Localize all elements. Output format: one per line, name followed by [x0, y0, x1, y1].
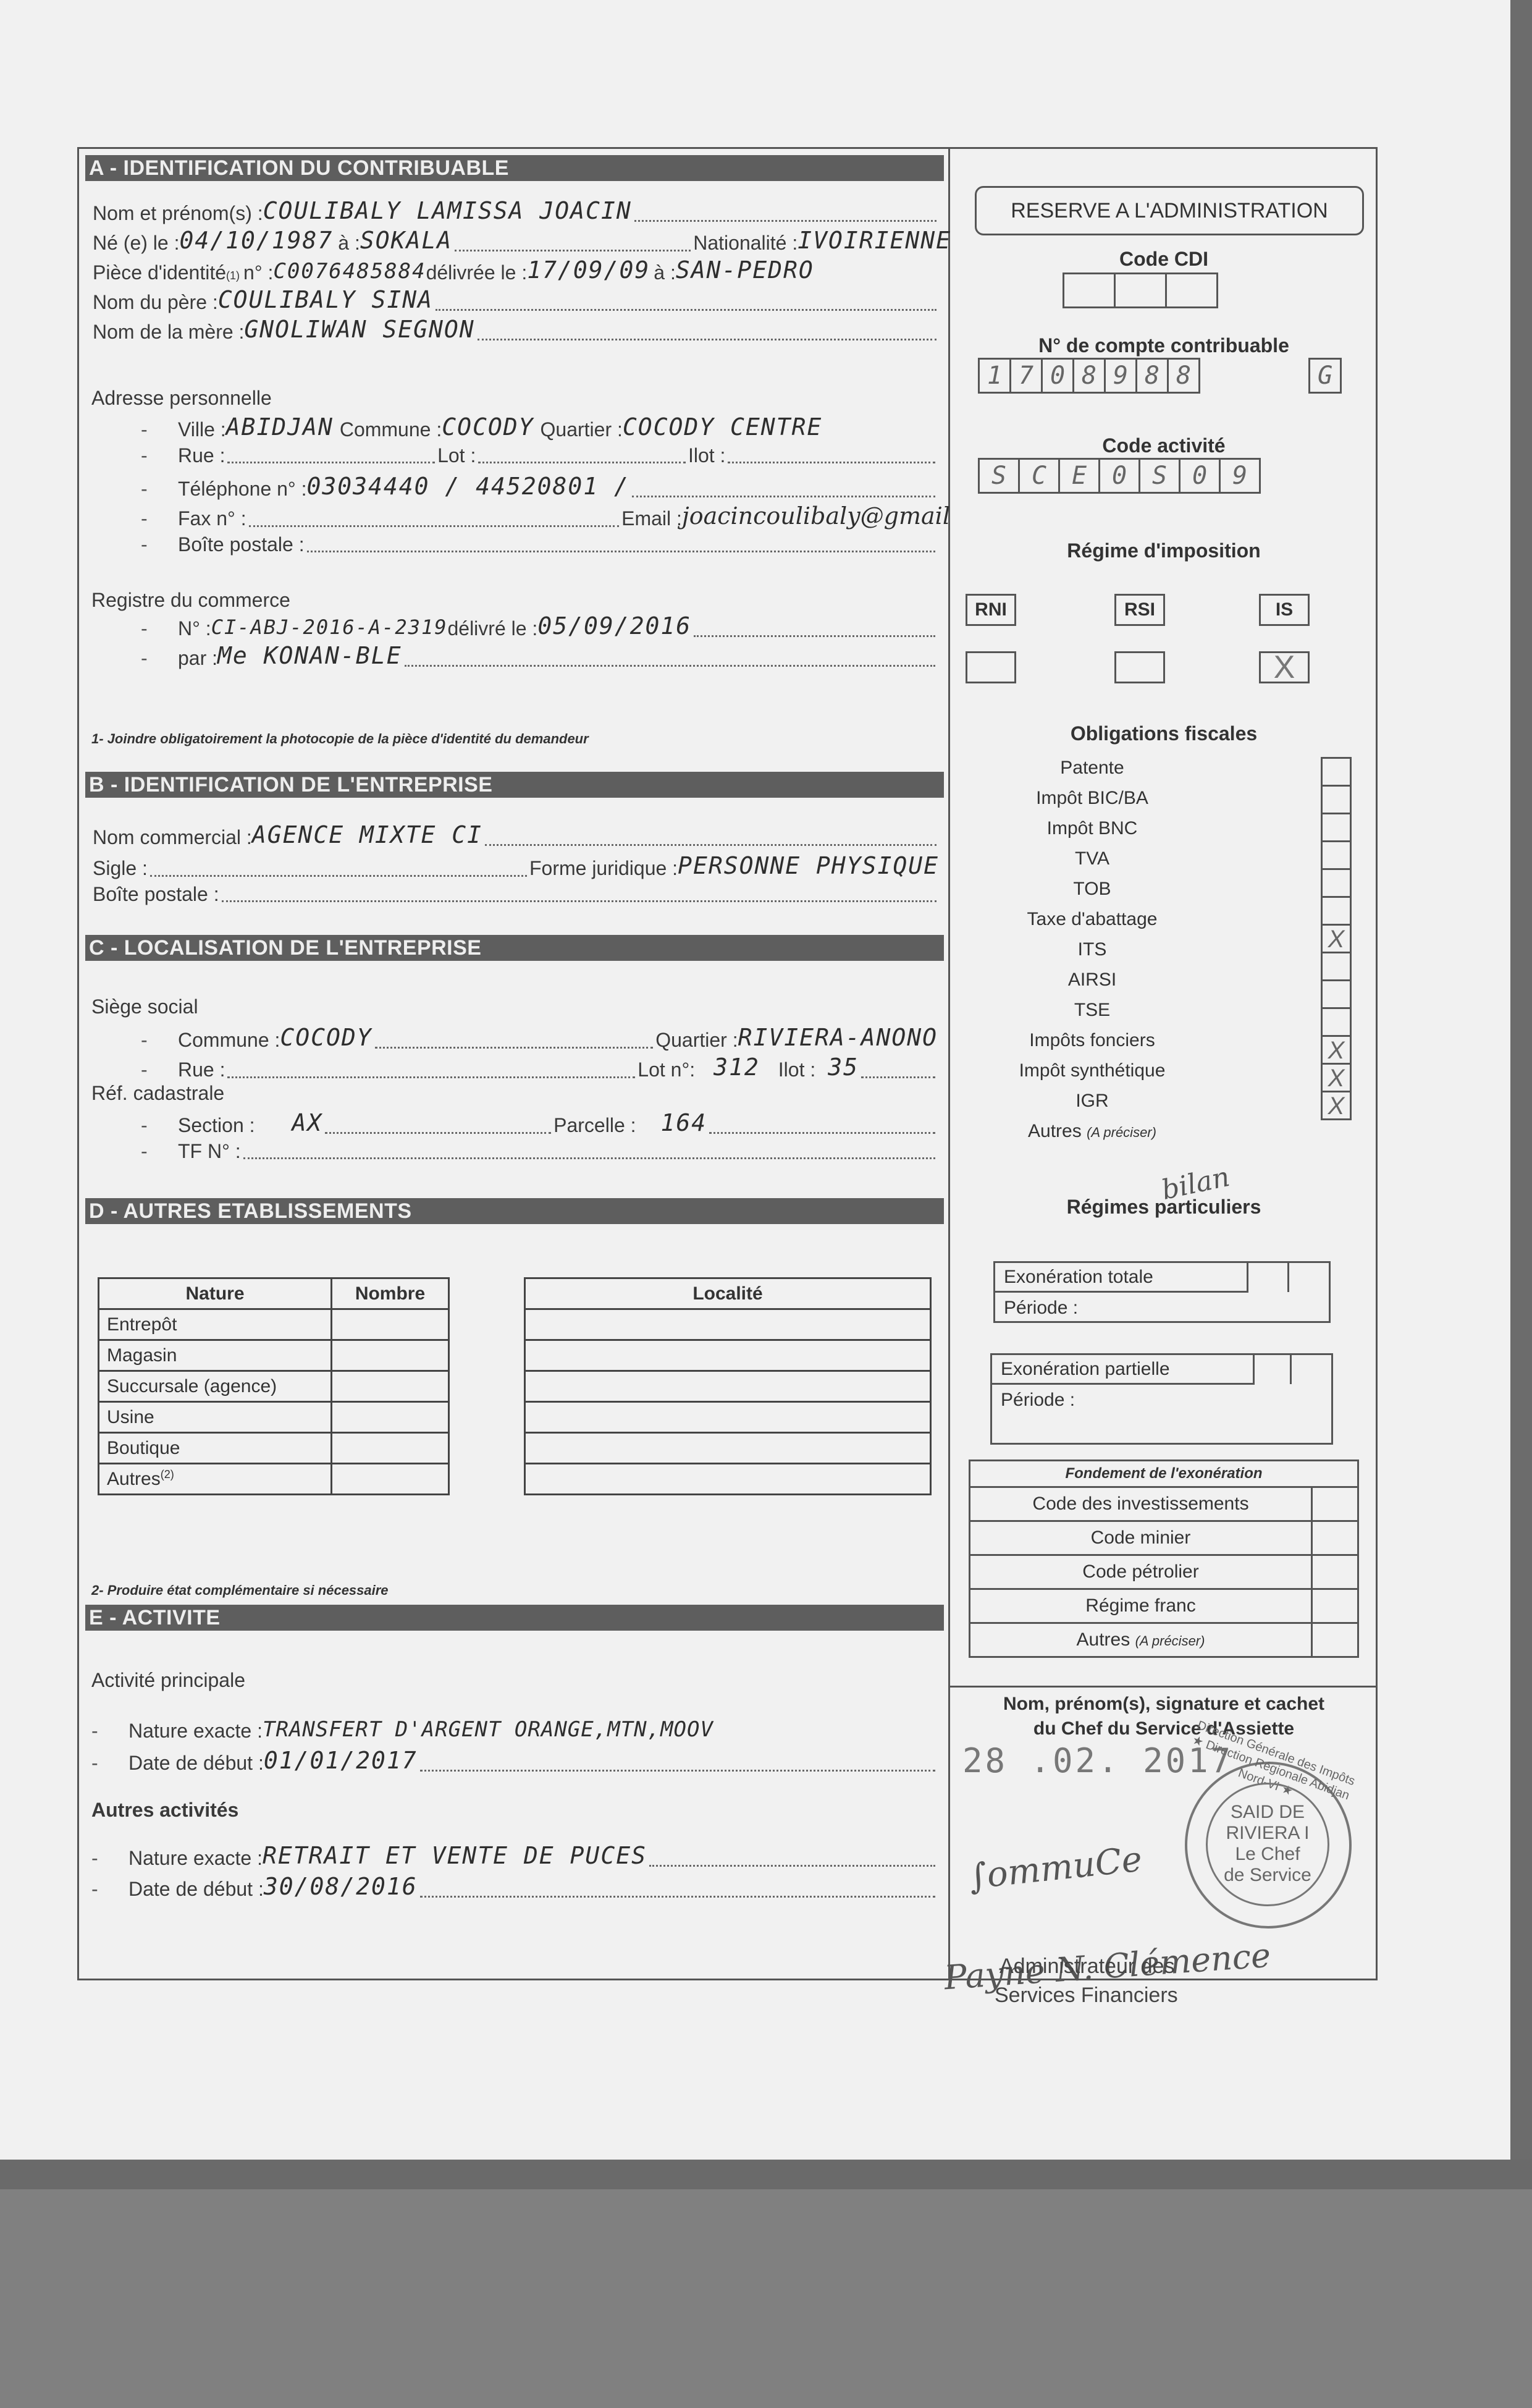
nom-commercial-label: Nom commercial :	[93, 826, 252, 849]
divider	[950, 1686, 1378, 1688]
table-row	[525, 1309, 931, 1340]
regime-is-checkbox[interactable]: X	[1259, 651, 1310, 683]
boite-postale-label: Boîte postale :	[93, 883, 219, 906]
siege-rue-lot-ilot-field: - Rue : Lot n°: 312 Ilot : 35	[141, 1055, 938, 1082]
code-cdi-label: Code CDI	[950, 248, 1378, 271]
obligation-label: Impôt BIC/BA	[950, 788, 1234, 809]
table-row: Code des investissements	[970, 1487, 1358, 1521]
rc-num-value[interactable]: CI-ABJ-2016-A-2319	[211, 615, 448, 639]
fondement-label: Code minier	[970, 1521, 1312, 1555]
siege-social-heading: Siège social	[91, 995, 198, 1018]
activite-principale-value[interactable]: TRANSFERT D'ARGENT ORANGE,MTN,MOOV	[263, 1717, 713, 1742]
seal-inner: SAID DE RIVIERA I Le Chef de Service	[1206, 1783, 1329, 1906]
forme-juridique-value[interactable]: PERSONNE PHYSIQUE	[678, 852, 939, 879]
activite-principale-nature-field: - Nature exacte : TRANSFERT D'ARGENT ORA…	[91, 1718, 938, 1743]
obligation-checkbox[interactable]	[1321, 757, 1352, 787]
lieu-label: à :	[654, 261, 676, 284]
fondement-checkbox[interactable]	[1312, 1623, 1358, 1657]
autres-activites-value[interactable]: RETRAIT ET VENTE DE PUCES	[263, 1842, 647, 1869]
mere-value[interactable]: GNOLIWAN SEGNON	[244, 316, 474, 343]
obligations-fiscales-label: Obligations fiscales	[950, 722, 1378, 745]
fondement-exoneration-table: Fondement de l'exonération Code des inve…	[969, 1460, 1359, 1658]
obligation-checkbox[interactable]: X	[1321, 1063, 1352, 1092]
ville-commune-quartier-field: - Ville : ABIDJAN Commune : COCODY Quart…	[141, 415, 950, 442]
table-row: Usine	[99, 1402, 449, 1433]
obligation-label: ITS	[950, 939, 1234, 960]
bullet: -	[141, 1058, 178, 1081]
regime-imposition-label: Régime d'imposition	[950, 539, 1378, 562]
email-label: Email :	[621, 507, 682, 530]
etablissements-localite-table: Localité	[524, 1277, 932, 1495]
fondement-label: Code des investissements	[970, 1487, 1312, 1521]
nature-cell: Boutique	[99, 1433, 332, 1464]
localite-cell[interactable]	[525, 1433, 931, 1464]
table-row: Régime franc	[970, 1589, 1358, 1623]
lot-label: Lot n°:	[638, 1058, 695, 1081]
obligation-checkbox[interactable]: X	[1321, 924, 1352, 953]
seal-line: Le Chef	[1208, 1844, 1328, 1865]
code-cdi-box[interactable]	[1063, 272, 1116, 308]
compte-digit-box[interactable]: 1	[978, 358, 1011, 394]
reserve-administration-title: RESERVE A L'ADMINISTRATION	[975, 186, 1364, 235]
obligation-label: Taxe d'abattage	[950, 909, 1234, 930]
code-activite-box[interactable]: 0	[1098, 458, 1140, 494]
piece-lieu-value[interactable]: SAN-PEDRO	[676, 256, 814, 284]
boite-postale-field: - Boîte postale :	[141, 533, 938, 556]
section-value[interactable]: AX	[292, 1109, 323, 1136]
tax-registration-form: A - IDENTIFICATION DU CONTRIBUABLE Nom e…	[77, 147, 1378, 1980]
nombre-cell[interactable]	[332, 1433, 449, 1464]
obligation-label: Impôts fonciers	[950, 1030, 1234, 1051]
exoneration-partielle-label: Exonération partielle	[992, 1355, 1255, 1385]
delivree-label: délivrée le :	[426, 261, 528, 284]
footnote-ref: (1)	[226, 269, 240, 282]
pere-field: Nom du père : COULIBALY SINA	[93, 287, 939, 315]
rc-num-label: N° :	[178, 617, 211, 640]
ville-value[interactable]: ABIDJAN	[226, 413, 334, 441]
parcelle-label: Parcelle :	[553, 1114, 636, 1137]
table-row	[525, 1464, 931, 1495]
boite-postale-input[interactable]	[222, 900, 936, 902]
ville-label: Ville :	[178, 418, 226, 441]
dotted-line	[405, 665, 935, 667]
table-row	[525, 1340, 931, 1371]
piece-identite-label: Pièce d'identité	[93, 261, 226, 284]
obligation-label: Autres	[1028, 1121, 1082, 1141]
compte-digit-box[interactable]: 7	[1009, 358, 1043, 394]
ilot-input[interactable]	[728, 462, 935, 463]
dotted-line	[325, 1132, 551, 1134]
obligation-checkbox[interactable]	[1321, 1007, 1352, 1037]
nombre-cell[interactable]	[332, 1402, 449, 1433]
localite-cell[interactable]	[525, 1309, 931, 1340]
code-activite-boxes: S C E 0 S 0 9	[980, 458, 1261, 494]
section-e-header: E - ACTIVITE	[85, 1605, 944, 1631]
obligation-checkbox[interactable]	[1321, 896, 1352, 926]
nature-cell: Entrepôt	[99, 1309, 332, 1340]
parcelle-value[interactable]: 164	[661, 1109, 707, 1136]
compte-digit-box[interactable]: 8	[1167, 358, 1200, 394]
siege-quartier-value[interactable]: RIVIERA-ANONO	[738, 1024, 938, 1051]
date-debut-label: Date de début :	[128, 1752, 264, 1775]
signature-title-line2: du Chef du Service d'Assiette	[950, 1718, 1378, 1739]
compte-digit-box[interactable]: 0	[1041, 358, 1074, 394]
rc-par-value[interactable]: Me KONAN-BLE	[217, 642, 402, 669]
obligation-label: Patente	[950, 758, 1234, 779]
telephone-label: Téléphone n° :	[178, 478, 307, 501]
section-label: Section :	[178, 1114, 255, 1137]
compte-digit-box[interactable]: 8	[1072, 358, 1106, 394]
dotted-line	[632, 496, 935, 497]
regime-rni-checkbox[interactable]	[966, 651, 1016, 683]
seal-line: SAID DE	[1208, 1802, 1328, 1823]
dotted-line	[478, 339, 936, 340]
dotted-line	[485, 844, 936, 846]
obligation-label: IGR	[950, 1091, 1234, 1112]
nombre-cell[interactable]	[332, 1340, 449, 1371]
sigle-forme-field: Sigle : Forme juridique : PERSONNE PHYSI…	[93, 853, 939, 881]
fondement-label: Code pétrolier	[970, 1555, 1312, 1589]
signatory-title-line2: Services Financiers	[995, 1983, 1178, 2008]
commune-label: Commune :	[178, 1029, 280, 1052]
periode-label[interactable]: Période :	[1001, 1390, 1075, 1411]
code-activite-box[interactable]: 0	[1179, 458, 1221, 494]
rue-input[interactable]	[227, 1076, 635, 1078]
fax-email-field: - Fax n° : Email : joacincoulibaly@gmail	[141, 504, 950, 531]
code-activite-box[interactable]: 9	[1219, 458, 1261, 494]
code-activite-label: Code activité	[950, 434, 1378, 457]
obligation-checkbox[interactable]	[1321, 785, 1352, 814]
email-value[interactable]: joacincoulibaly@gmail	[682, 502, 950, 530]
table-row: Autres (A préciser)	[970, 1623, 1358, 1657]
dotted-line	[634, 220, 936, 222]
obligation-label: TOB	[950, 879, 1234, 900]
obligation-label: TSE	[950, 1000, 1234, 1021]
a-preciser-note: (A préciser)	[1087, 1125, 1156, 1140]
nom-commercial-value[interactable]: AGENCE MIXTE CI	[252, 821, 482, 848]
code-activite-box[interactable]: E	[1058, 458, 1100, 494]
code-activite-box[interactable]: S	[978, 458, 1020, 494]
localite-cell[interactable]	[525, 1402, 931, 1433]
regime-is-label: IS	[1259, 594, 1310, 626]
fondement-checkbox[interactable]	[1312, 1555, 1358, 1589]
a-preciser-note: (A préciser)	[1135, 1633, 1205, 1649]
bullet: -	[141, 533, 178, 556]
section-a-header: A - IDENTIFICATION DU CONTRIBUABLE	[85, 155, 944, 181]
signatory-title-line1: Administrateur des	[1000, 1954, 1174, 1979]
localite-cell[interactable]	[525, 1371, 931, 1402]
localite-cell[interactable]	[525, 1464, 931, 1495]
section-d-header: D - AUTRES ETABLISSEMENTS	[85, 1198, 944, 1224]
bullet: -	[141, 1029, 178, 1052]
localite-cell[interactable]	[525, 1340, 931, 1371]
fondement-checkbox[interactable]	[1312, 1589, 1358, 1623]
dotted-line	[861, 1076, 935, 1078]
table-row: Autres(2)	[99, 1464, 449, 1495]
rc-delivre-label: délivré le :	[447, 617, 537, 640]
nature-cell: Succursale (agence)	[99, 1371, 332, 1402]
obligation-checkbox[interactable]	[1321, 952, 1352, 981]
footnote-1: 1- Joindre obligatoirement la photocopie…	[91, 731, 589, 747]
siege-commune-value[interactable]: COCODY	[280, 1024, 372, 1051]
lot-label: Lot :	[437, 444, 476, 467]
dotted-line	[694, 635, 935, 637]
bullet: -	[141, 507, 178, 530]
lot-value[interactable]: 312	[713, 1054, 760, 1081]
compte-cle-box[interactable]: G	[1308, 358, 1342, 394]
table-row: Succursale (agence)	[99, 1371, 449, 1402]
tf-input[interactable]	[243, 1157, 935, 1159]
tf-label: TF N° :	[178, 1140, 241, 1163]
etablissements-nature-table: Nature Nombre Entrepôt Magasin Succursal…	[98, 1277, 450, 1495]
bullet: -	[141, 1114, 178, 1137]
nombre-cell[interactable]	[332, 1371, 449, 1402]
compte-contribuable-boxes: 1 7 0 8 9 8 8	[980, 358, 1200, 394]
table-row: Boutique	[99, 1433, 449, 1464]
obligation-checkbox[interactable]	[1321, 813, 1352, 842]
sigle-input[interactable]	[150, 875, 527, 877]
obligation-autres-label: Autres (A préciser)	[950, 1121, 1234, 1142]
compte-contribuable-label: N° de compte contribuable	[950, 334, 1378, 357]
autres-activites-heading: Autres activités	[91, 1799, 238, 1822]
commune-label: Commune :	[340, 418, 442, 441]
dotted-line	[420, 1770, 935, 1772]
autres-activites-date-field: - Date de début : 30/08/2016	[91, 1874, 938, 1901]
obligation-checkbox[interactable]	[1321, 868, 1352, 898]
rue-input[interactable]	[227, 462, 435, 463]
mere-label: Nom de la mère :	[93, 321, 244, 344]
fax-label: Fax n° :	[178, 507, 246, 530]
nombre-cell[interactable]	[332, 1464, 449, 1495]
bullet: -	[91, 1878, 128, 1901]
nombre-cell[interactable]	[332, 1309, 449, 1340]
dotted-line	[375, 1047, 654, 1049]
date-naissance-value[interactable]: 04/10/1987	[179, 227, 333, 254]
bullet: -	[91, 1720, 128, 1743]
piece-identite-field: Pièce d'identité (1) n° : C0076485884 dé…	[93, 258, 951, 285]
quartier-label: Quartier :	[655, 1029, 738, 1052]
compte-digit-box[interactable]: 8	[1135, 358, 1169, 394]
obligation-checkbox[interactable]	[1321, 979, 1352, 1009]
scanner-margin-right	[1510, 0, 1532, 2189]
table-row: Entrepôt	[99, 1309, 449, 1340]
ilot-label: Ilot :	[778, 1058, 815, 1081]
nom-commercial-field: Nom commercial : AGENCE MIXTE CI	[93, 822, 939, 850]
autres-label: Autres	[107, 1469, 161, 1489]
fondement-label: Autres (A préciser)	[970, 1623, 1312, 1657]
quartier-value[interactable]: COCODY CENTRE	[623, 413, 822, 441]
exoneration-totale-label: Exonération totale	[995, 1263, 1248, 1293]
official-seal: Direction Générale des Impôts ★ Directio…	[1185, 1762, 1352, 1929]
bullet: -	[91, 1847, 128, 1870]
bullet: -	[91, 1752, 128, 1775]
code-activite-box[interactable]: C	[1018, 458, 1060, 494]
boite-postale-label: Boîte postale :	[178, 533, 305, 556]
exoneration-partielle-box: Exonération partielle Période :	[990, 1353, 1333, 1445]
sigle-label: Sigle :	[93, 857, 148, 880]
rc-par-label: par :	[178, 647, 217, 670]
ilot-label: Ilot :	[688, 444, 725, 467]
nature-header: Nature	[99, 1278, 332, 1309]
compte-digit-box[interactable]: 9	[1104, 358, 1137, 394]
footnote-ref: (2)	[161, 1468, 174, 1481]
nature-cell: Autres(2)	[99, 1464, 332, 1495]
table-row: Code pétrolier	[970, 1555, 1358, 1589]
ne-le-label: Né (e) le :	[93, 232, 179, 255]
code-cdi-box[interactable]	[1114, 272, 1167, 308]
code-cdi-box[interactable]	[1165, 272, 1218, 308]
exoneration-totale-checkbox[interactable]	[1287, 1261, 1331, 1292]
obligation-label: AIRSI	[950, 970, 1234, 991]
section-parcelle-field: - Section : AX Parcelle : 164	[141, 1110, 938, 1138]
fondement-title: Fondement de l'exonération	[970, 1461, 1358, 1487]
regime-rsi-checkbox[interactable]	[1114, 651, 1165, 683]
dotted-line	[436, 309, 936, 311]
rue-lot-ilot-field: - Rue : Lot : Ilot :	[141, 444, 938, 467]
nom-prenoms-label: Nom et prénom(s) :	[93, 202, 263, 225]
rc-delivre-value[interactable]: 05/09/2016	[537, 612, 691, 640]
bullet: -	[141, 1140, 178, 1163]
exoneration-partielle-checkbox[interactable]	[1290, 1353, 1333, 1384]
mere-field: Nom de la mère : GNOLIWAN SEGNON	[93, 317, 939, 344]
regime-rni-label: RNI	[966, 594, 1016, 626]
registre-numero-field: - N° : CI-ABJ-2016-A-2319 délivré le : 0…	[141, 614, 938, 641]
piece-numero-value[interactable]: C0076485884	[273, 259, 426, 284]
localite-header: Localité	[525, 1278, 931, 1309]
obligation-label: Impôt synthétique	[950, 1060, 1234, 1081]
lot-input[interactable]	[478, 462, 686, 463]
nationalite-value[interactable]: IVOIRIENNE	[798, 227, 951, 254]
fondement-autres-label: Autres	[1077, 1629, 1130, 1650]
rue-label: Rue :	[178, 1058, 225, 1081]
pere-value[interactable]: COULIBALY SINA	[218, 286, 433, 313]
registre-commerce-heading: Registre du commerce	[91, 589, 290, 612]
code-activite-box[interactable]: S	[1138, 458, 1181, 494]
nom-prenoms-value[interactable]: COULIBALY LAMISSA JOACIN	[263, 197, 632, 224]
nature-exacte-label: Nature exacte :	[128, 1720, 263, 1743]
registre-par-field: - par : Me KONAN-BLE	[141, 643, 938, 670]
section-c-header: C - LOCALISATION DE L'ENTREPRISE	[85, 935, 944, 961]
periode-label[interactable]: Période :	[1004, 1298, 1078, 1319]
seal-line: RIVIERA I	[1208, 1823, 1328, 1844]
footnote-2: 2- Produire état complémentaire si néces…	[91, 1582, 389, 1599]
lieu-label: à :	[338, 232, 360, 255]
nature-exacte-label: Nature exacte :	[128, 1847, 263, 1870]
obligation-label: TVA	[950, 848, 1234, 869]
fondement-checkbox[interactable]	[1312, 1521, 1358, 1555]
scanner-margin-bottom	[0, 2160, 1532, 2189]
code-cdi-boxes	[1064, 272, 1218, 308]
activite-principale-heading: Activité principale	[91, 1669, 245, 1692]
activite-principale-date-value[interactable]: 01/01/2017	[264, 1747, 418, 1774]
dotted-line	[420, 1896, 935, 1898]
forme-juridique-label: Forme juridique :	[529, 857, 678, 880]
autres-activites-date-value[interactable]: 30/08/2016	[264, 1873, 418, 1900]
seal-line: de Service	[1208, 1865, 1328, 1886]
contributor-column: A - IDENTIFICATION DU CONTRIBUABLE Nom e…	[79, 149, 950, 1979]
tf-field: - TF N° :	[141, 1140, 938, 1163]
entreprise-bp-field: Boîte postale :	[93, 883, 939, 906]
rue-label: Rue :	[178, 444, 225, 467]
num-label: n° :	[243, 261, 273, 284]
dotted-line	[649, 1865, 935, 1867]
obligation-label: Impôt BNC	[950, 818, 1234, 839]
telephone-field: - Téléphone n° : 03034440 / 44520801 /	[141, 474, 938, 501]
fax-input[interactable]	[249, 525, 620, 527]
nationalite-label: Nationalité :	[693, 232, 798, 255]
piece-delivree-value[interactable]: 17/09/09	[527, 256, 650, 284]
nature-cell: Magasin	[99, 1340, 332, 1371]
table-row	[525, 1402, 931, 1433]
section-b-header: B - IDENTIFICATION DE L'ENTREPRISE	[85, 772, 944, 798]
bullet: -	[141, 617, 178, 640]
signature-title-line1: Nom, prénom(s), signature et cachet	[950, 1694, 1378, 1715]
ref-cadastrale-heading: Réf. cadastrale	[91, 1082, 224, 1105]
ilot-value[interactable]: 35	[828, 1054, 859, 1081]
fondement-label: Régime franc	[970, 1589, 1312, 1623]
bullet: -	[141, 647, 178, 670]
date-debut-label: Date de début :	[128, 1878, 264, 1901]
telephone-value[interactable]: 03034440 / 44520801 /	[307, 473, 629, 500]
dotted-line	[709, 1132, 935, 1134]
obligation-checkbox[interactable]: X	[1321, 1035, 1352, 1065]
obligation-checkbox[interactable]: X	[1321, 1091, 1352, 1120]
pere-label: Nom du père :	[93, 291, 218, 314]
activite-principale-date-field: - Date de début : 01/01/2017	[91, 1748, 938, 1775]
bullet: -	[141, 444, 178, 467]
exoneration-totale-box: Exonération totale Période :	[993, 1261, 1331, 1323]
compte-cle-box-wrap: G	[1310, 358, 1342, 394]
table-row: Code minier	[970, 1521, 1358, 1555]
nombre-header: Nombre	[332, 1278, 449, 1309]
siege-commune-quartier-field: - Commune : COCODY Quartier : RIVIERA-AN…	[141, 1025, 938, 1052]
fondement-checkbox[interactable]	[1312, 1487, 1358, 1521]
table-row	[525, 1433, 931, 1464]
naissance-field: Né (e) le : 04/10/1987 à : SOKALA Nation…	[93, 228, 951, 255]
regime-rsi-label: RSI	[1114, 594, 1165, 626]
obligation-checkbox[interactable]	[1321, 840, 1352, 870]
administration-column: RESERVE A L'ADMINISTRATION Code CDI N° d…	[950, 149, 1378, 1979]
signature-scrawl: ∫ommuCe	[967, 1839, 1143, 1897]
quartier-label: Quartier :	[541, 418, 623, 441]
nature-cell: Usine	[99, 1402, 332, 1433]
table-row	[525, 1371, 931, 1402]
bullet: -	[141, 478, 178, 501]
bullet: -	[141, 418, 178, 441]
nom-prenoms-field: Nom et prénom(s) : COULIBALY LAMISSA JOA…	[93, 198, 939, 226]
boite-postale-input[interactable]	[307, 551, 935, 552]
table-row: Magasin	[99, 1340, 449, 1371]
dotted-line	[455, 250, 691, 251]
commune-value[interactable]: COCODY	[442, 413, 534, 441]
lieu-naissance-value[interactable]: SOKALA	[360, 227, 452, 254]
autres-activites-nature-field: - Nature exacte : RETRAIT ET VENTE DE PU…	[91, 1843, 938, 1870]
adresse-personnelle-heading: Adresse personnelle	[91, 387, 272, 410]
